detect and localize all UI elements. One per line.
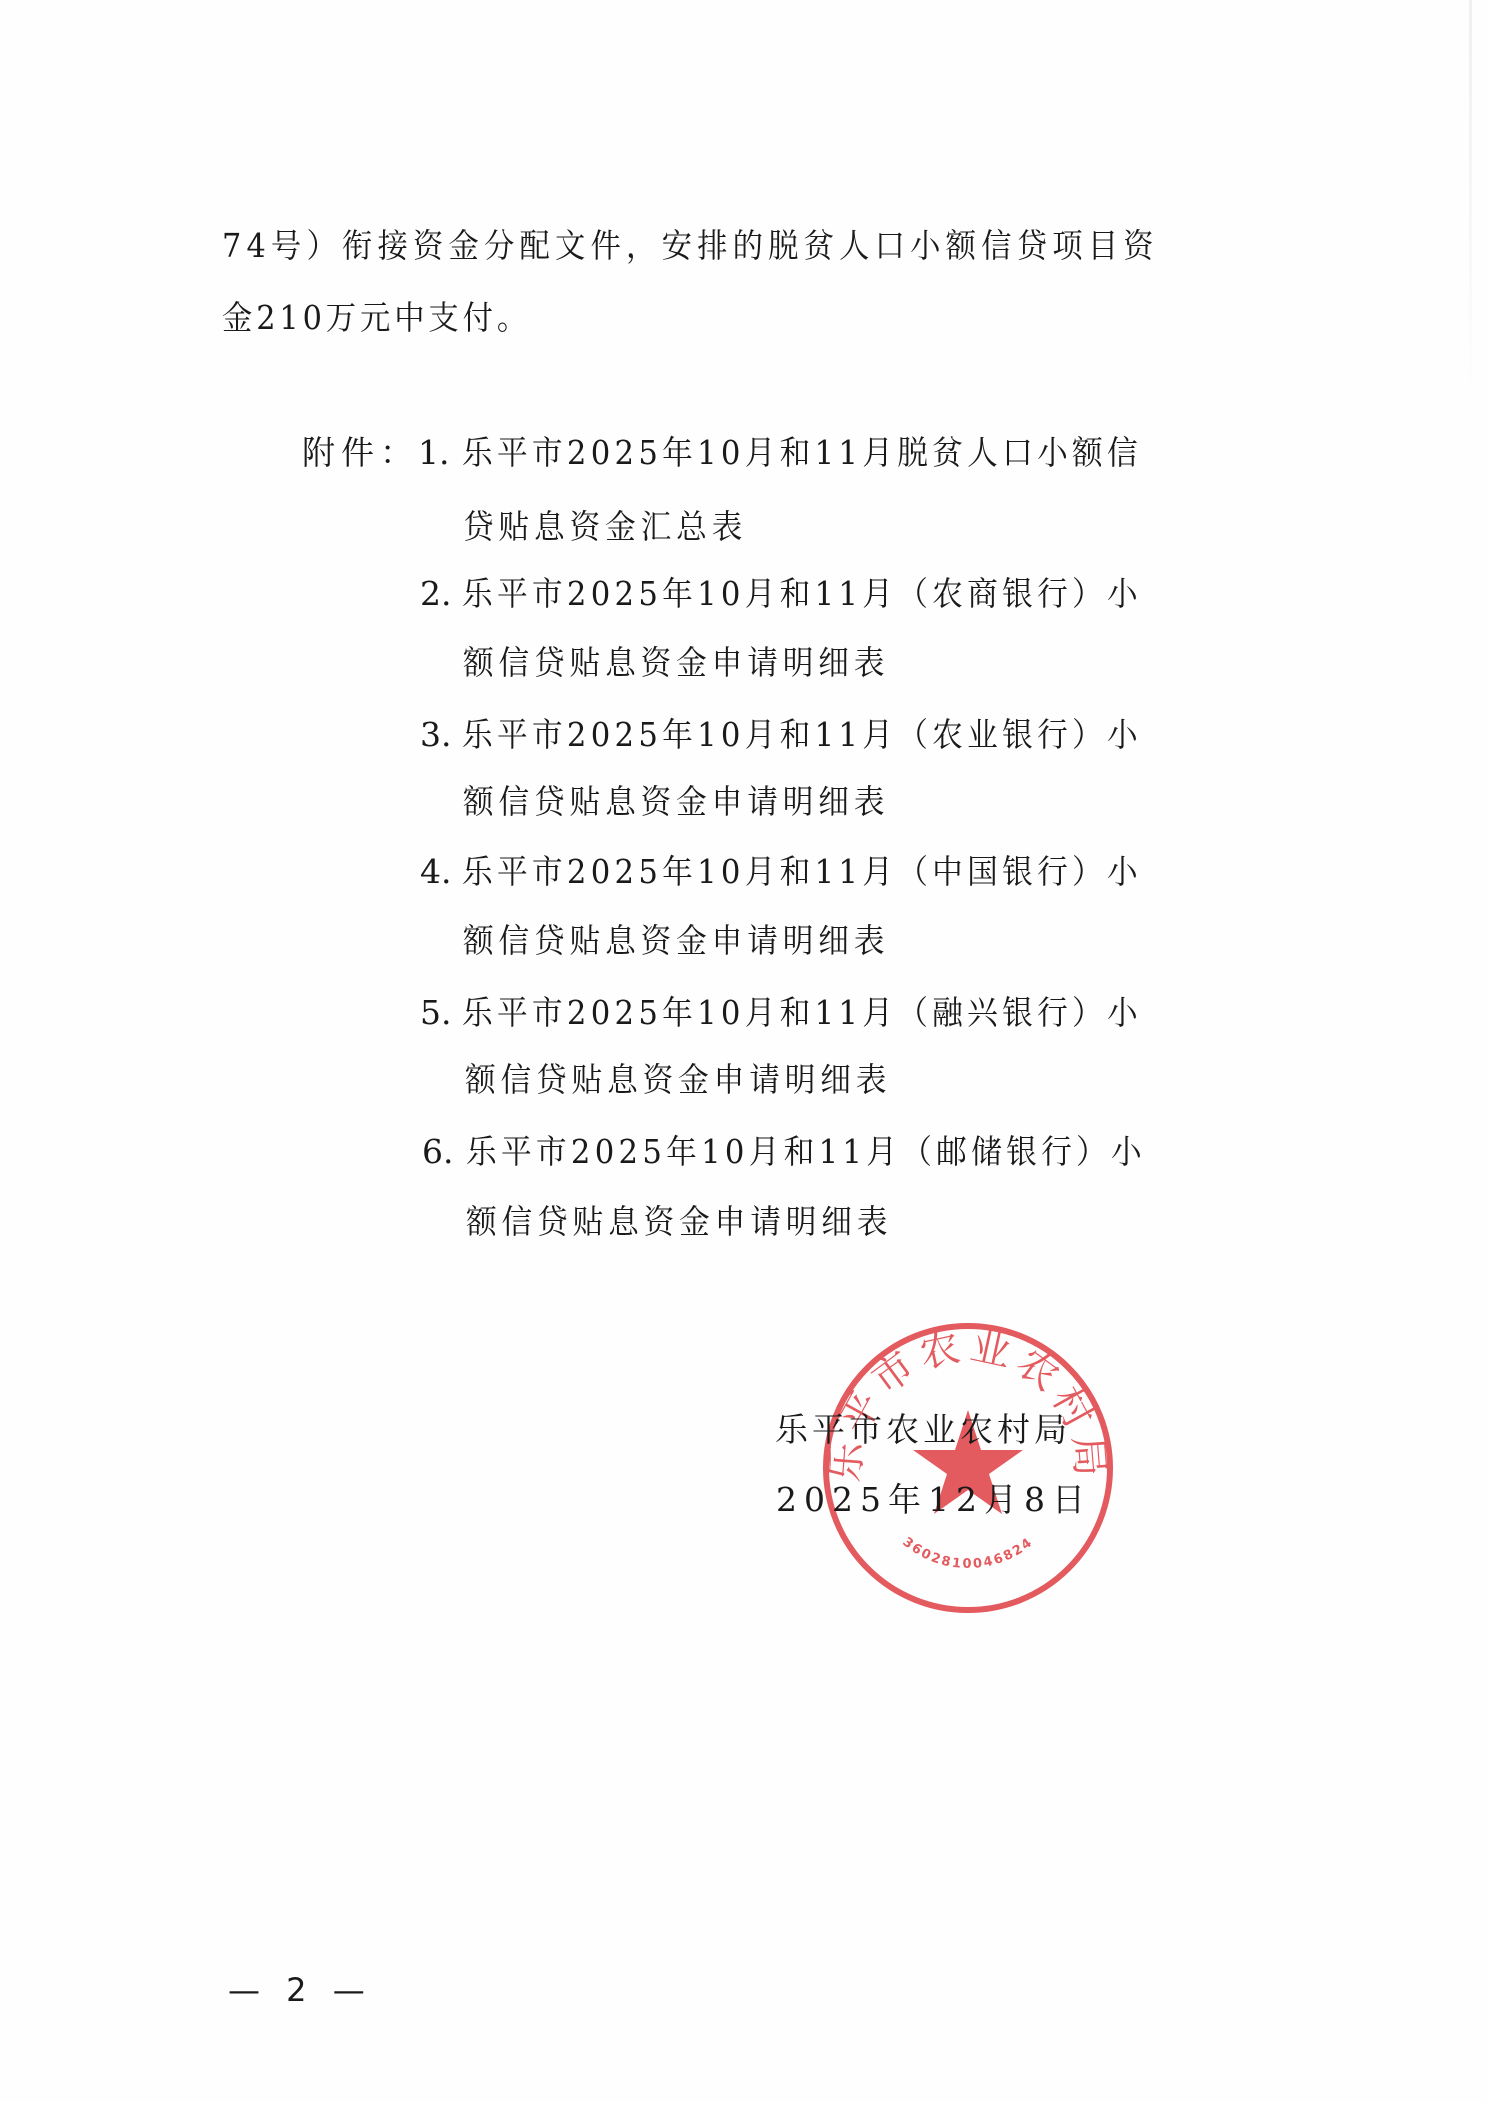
issuing-organization: 乐平市农业农村局 <box>775 1410 1071 1450</box>
attachment-title-line-2: 额信贷贴息资金申请明细表 <box>463 921 889 961</box>
attachment-title-line-1: 乐平市2025年10月和11月脱贫人口小额信 <box>462 433 1142 473</box>
attachment-title-line-1: 乐平市2025年10月和11月（中国银行）小 <box>462 852 1142 892</box>
attachment-title-line-2: 额信贷贴息资金申请明细表 <box>463 782 889 822</box>
scan-artifact <box>1469 0 1472 420</box>
attachment-title-line-2: 贷贴息资金汇总表 <box>463 507 747 547</box>
official-seal: 乐平市农业农村局 3602810046824 <box>818 1318 1118 1618</box>
attachment-number: 2. <box>420 574 452 614</box>
attachment-title-line-1: 乐平市2025年10月和11月（农商银行）小 <box>462 574 1142 614</box>
attachment-number: 5. <box>420 993 452 1033</box>
attachment-title-line-1: 乐平市2025年10月和11月（农业银行）小 <box>462 715 1142 755</box>
attachment-number: 4. <box>420 852 452 892</box>
page-number: — 2 — <box>228 1970 373 2010</box>
document-page: 74号）衔接资金分配文件，安排的脱贫人口小额信贷项目资 金210万元中支付。 附… <box>0 0 1487 2102</box>
attachment-number: 3. <box>420 715 452 755</box>
attachment-title-line-1: 乐平市2025年10月和11月（融兴银行）小 <box>462 993 1142 1033</box>
body-paragraph-line-1: 74号）衔接资金分配文件，安排的脱贫人口小额信贷项目资 <box>222 226 1159 266</box>
attachment-title-line-2: 额信贷贴息资金申请明细表 <box>466 1202 892 1242</box>
attachment-title-line-2: 额信贷贴息资金申请明细表 <box>463 643 889 683</box>
issue-date: 2025年12月8日 <box>776 1480 1092 1520</box>
attachment-number: 6. <box>422 1132 454 1172</box>
body-paragraph-line-2: 金210万元中支付。 <box>222 298 531 338</box>
attachment-title-line-1: 乐平市2025年10月和11月（邮储银行）小 <box>466 1132 1146 1172</box>
attachment-number: 1. <box>418 433 450 473</box>
attachments-label: 附件： <box>302 433 419 473</box>
attachment-title-line-2: 额信贷贴息资金申请明细表 <box>465 1060 891 1100</box>
seal-code: 3602810046824 <box>900 1535 1037 1572</box>
